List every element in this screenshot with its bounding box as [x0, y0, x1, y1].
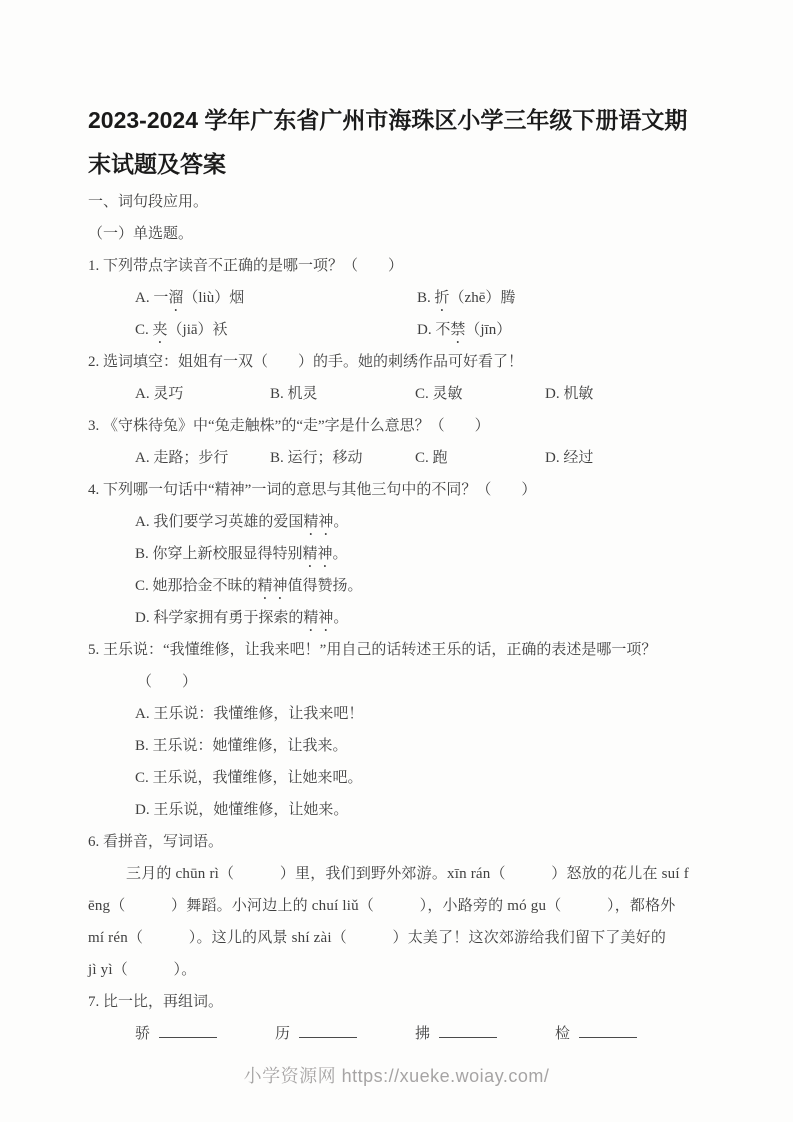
- option-text: 她那拾金不昧的: [153, 578, 258, 594]
- question-5-answer-paren: （ ）: [88, 666, 710, 698]
- option-label: B.: [270, 450, 288, 466]
- option-label: A.: [135, 386, 153, 402]
- document-title-line-2: 末试题及答案: [88, 142, 710, 186]
- question-3-stem: 3. 《守株待兔》中“兔走触株”的“走”字是什么意思？（ ）: [88, 410, 710, 442]
- question-6-line-4: jì yì（ ）。: [88, 954, 710, 986]
- question-text: mí rén（ ）。这儿的风景 shí zài（ ）太美了！这次郊游给我们留下了…: [88, 930, 666, 946]
- answer-blank-line: [299, 1024, 357, 1038]
- option-label: D.: [545, 450, 563, 466]
- option-text: 值得赞扬。: [288, 578, 363, 594]
- option-text: 机敏: [563, 386, 593, 402]
- question-1-options-row-1: A. 一溜（liù）烟B. 折（zhē）腾: [88, 282, 710, 314]
- emphasized-text: 精神: [303, 546, 333, 562]
- option-label: A.: [135, 514, 153, 530]
- emphasized-text: 精神: [258, 578, 288, 594]
- question-4-option-b: B. 你穿上新校服显得特别精神。: [88, 538, 710, 570]
- option-text: （jiā）袄: [168, 322, 228, 338]
- question-4-option-a: A. 我们要学习英雄的爱国精神。: [88, 506, 710, 538]
- option-text: 跑: [433, 450, 448, 466]
- word-building-item: 骄: [135, 1018, 275, 1050]
- answer-option: D. 经过: [545, 442, 593, 474]
- option-text: 不: [435, 322, 450, 338]
- question-4-stem: 4. 下列哪一句话中“精神”一词的意思与其他三句中的不同？（ ）: [88, 474, 710, 506]
- option-label: B.: [270, 386, 288, 402]
- document-content: 2023-2024 学年广东省广州市海珠区小学三年级下册语文期 末试题及答案 一…: [88, 98, 710, 1050]
- question-text: 2. 选词填空：姐姐有一双（ ）的手。她的刺绣作品可好看了！: [88, 354, 523, 370]
- footer-watermark: 小学资源网 https://xueke.woiay.com/: [0, 1062, 793, 1088]
- question-1-options-row-2: C. 夹（jiā）袄D. 不禁（jīn）: [88, 314, 710, 346]
- option-text: 经过: [563, 450, 593, 466]
- option-label: C.: [415, 450, 433, 466]
- question-6-line-2: ēng（ ）舞蹈。小河边上的 chuí liǔ（ ），小路旁的 mó gu（ ）…: [88, 890, 710, 922]
- document-body: 一、词句段应用。（一）单选题。1. 下列带点字读音不正确的是哪一项？（ ）A. …: [88, 186, 710, 1050]
- emphasized-text: 夹: [153, 322, 168, 338]
- question-text: jì yì（ ）。: [88, 962, 196, 978]
- emphasized-text: 折: [435, 290, 450, 306]
- question-6-stem: 6. 看拼音，写词语。: [88, 826, 710, 858]
- answer-option: A. 一溜（liù）烟: [135, 282, 417, 315]
- question-2-stem: 2. 选词填空：姐姐有一双（ ）的手。她的刺绣作品可好看了！: [88, 346, 710, 378]
- question-1-stem: 1. 下列带点字读音不正确的是哪一项？（ ）: [88, 250, 710, 282]
- answer-blank-line: [579, 1024, 637, 1038]
- option-text: 灵巧: [153, 386, 183, 402]
- option-label: D.: [417, 322, 435, 338]
- question-4-option-d: D. 科学家拥有勇于探索的精神。: [88, 602, 710, 634]
- answer-blank-line: [439, 1024, 497, 1038]
- question-6-line-3: mí rén（ ）。这儿的风景 shí zài（ ）太美了！这次郊游给我们留下了…: [88, 922, 710, 954]
- option-text: 灵敏: [433, 386, 463, 402]
- word-building-item: 检: [555, 1018, 695, 1050]
- emphasized-text: 禁: [450, 322, 465, 338]
- answer-option: C. 灵敏: [415, 378, 545, 410]
- option-label: C.: [135, 770, 153, 786]
- emphasized-text: 溜: [168, 290, 183, 306]
- answer-option: D. 不禁（jīn）: [417, 314, 511, 347]
- question-2-options: A. 灵巧B. 机灵C. 灵敏D. 机敏: [88, 378, 710, 410]
- option-text: 运行；移动: [288, 450, 363, 466]
- option-label: D.: [135, 802, 153, 818]
- option-text: 王乐说：我懂维修，让我来吧！: [153, 706, 363, 722]
- answer-option: D. 机敏: [545, 378, 593, 410]
- exam-document-page: 2023-2024 学年广东省广州市海珠区小学三年级下册语文期 末试题及答案 一…: [0, 0, 793, 1122]
- option-text: （zhē）腾: [450, 290, 516, 306]
- option-text: 。: [333, 546, 348, 562]
- option-label: C.: [415, 386, 433, 402]
- question-5-option-d: D. 王乐说，她懂维修，让她来。: [88, 794, 710, 826]
- option-label: C.: [135, 322, 153, 338]
- answer-option: B. 折（zhē）腾: [417, 282, 515, 315]
- option-text: （jīn）: [465, 322, 511, 338]
- option-label: A.: [135, 450, 153, 466]
- answer-option: C. 跑: [415, 442, 545, 474]
- question-text: 4. 下列哪一句话中“精神”一词的意思与其他三句中的不同？（ ）: [88, 482, 536, 498]
- question-text: 6. 看拼音，写词语。: [88, 834, 223, 850]
- option-text: 科学家拥有勇于探索的: [153, 610, 303, 626]
- question-6-line-1: 三月的 chūn rì（ ）里，我们到野外郊游。xīn rán（ ）怒放的花儿在…: [88, 858, 710, 890]
- section-1-heading: 一、词句段应用。: [88, 186, 710, 218]
- word-building-item: 历: [275, 1018, 415, 1050]
- document-title-line-1: 2023-2024 学年广东省广州市海珠区小学三年级下册语文期: [88, 98, 710, 142]
- subsection-heading-text: （一）单选题。: [88, 226, 193, 242]
- option-label: B.: [135, 738, 153, 754]
- option-text: 。: [333, 610, 348, 626]
- answer-option: B. 运行；移动: [270, 442, 415, 474]
- answer-option: B. 机灵: [270, 378, 415, 410]
- section-heading-text: 一、词句段应用。: [88, 194, 208, 210]
- option-text: 机灵: [288, 386, 318, 402]
- question-text: 1. 下列带点字读音不正确的是哪一项？（ ）: [88, 258, 403, 274]
- question-text: 5. 王乐说：“我懂维修，让我来吧！”用自己的话转述王乐的话，正确的表述是哪一项…: [88, 642, 656, 658]
- answer-option: C. 夹（jiā）袄: [135, 314, 417, 347]
- question-text: 3. 《守株待兔》中“兔走触株”的“走”字是什么意思？（ ）: [88, 418, 490, 434]
- question-5-stem: 5. 王乐说：“我懂维修，让我来吧！”用自己的话转述王乐的话，正确的表述是哪一项…: [88, 634, 710, 666]
- question-7-stem: 7. 比一比，再组词。: [88, 986, 710, 1018]
- question-text: ēng（ ）舞蹈。小河边上的 chuí liǔ（ ），小路旁的 mó gu（ ）…: [88, 898, 676, 914]
- question-3-options: A. 走路；步行B. 运行；移动C. 跑D. 经过: [88, 442, 710, 474]
- option-label: D.: [135, 610, 153, 626]
- question-7-blanks: 骄历拂检: [88, 1018, 710, 1050]
- word-building-char: 检: [555, 1026, 570, 1042]
- answer-blank-line: [159, 1024, 217, 1038]
- option-label: A.: [135, 290, 153, 306]
- question-text: 7. 比一比，再组词。: [88, 994, 223, 1010]
- option-label: B.: [135, 546, 153, 562]
- answer-parentheses: （ ）: [137, 674, 197, 690]
- question-4-option-c: C. 她那拾金不昧的精神值得赞扬。: [88, 570, 710, 602]
- option-text: 我们要学习英雄的爱国: [153, 514, 303, 530]
- option-text: 王乐说：她懂维修，让我来。: [153, 738, 348, 754]
- option-label: B.: [417, 290, 435, 306]
- option-label: D.: [545, 386, 563, 402]
- option-text: 。: [333, 514, 348, 530]
- option-text: （liù）烟: [183, 290, 244, 306]
- option-text: 王乐说，她懂维修，让她来。: [153, 802, 348, 818]
- question-5-option-a: A. 王乐说：我懂维修，让我来吧！: [88, 698, 710, 730]
- emphasized-text: 精神: [303, 610, 333, 626]
- option-text: 走路；步行: [153, 450, 228, 466]
- option-text: 王乐说，我懂维修，让她来吧。: [153, 770, 363, 786]
- subsection-1-heading: （一）单选题。: [88, 218, 710, 250]
- emphasized-text: 精神: [303, 514, 333, 530]
- word-building-char: 骄: [135, 1026, 150, 1042]
- word-building-char: 历: [275, 1026, 290, 1042]
- option-text: 一: [153, 290, 168, 306]
- answer-option: A. 走路；步行: [135, 442, 270, 474]
- option-text: 你穿上新校服显得特别: [153, 546, 303, 562]
- option-label: C.: [135, 578, 153, 594]
- word-building-item: 拂: [415, 1018, 555, 1050]
- word-building-char: 拂: [415, 1026, 430, 1042]
- question-5-option-b: B. 王乐说：她懂维修，让我来。: [88, 730, 710, 762]
- question-text: 三月的 chūn rì（ ）里，我们到野外郊游。xīn rán（ ）怒放的花儿在…: [126, 866, 689, 882]
- question-5-option-c: C. 王乐说，我懂维修，让她来吧。: [88, 762, 710, 794]
- answer-option: A. 灵巧: [135, 378, 270, 410]
- option-label: A.: [135, 706, 153, 722]
